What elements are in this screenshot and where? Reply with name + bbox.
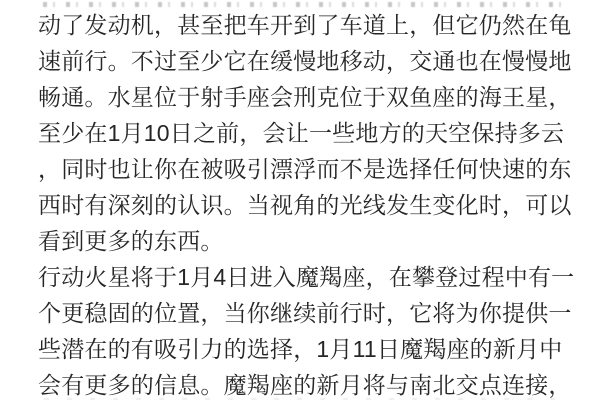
text-line: 看到更多的东西。 [38, 223, 586, 259]
article-text: 动了发动机，甚至把车开到了车道上，但它仍然在龟速前行。不过至少它在缓慢地移动，交… [38, 7, 586, 400]
text-line: ，同时也让你在被吸引漂浮而不是选择任何快速的东 [38, 151, 586, 187]
text-line: 动了发动机，甚至把车开到了车道上，但它仍然在龟 [38, 7, 586, 43]
text-line: 畅通。水星位于射手座会刑克位于双鱼座的海王星， [38, 79, 586, 115]
text-line: 个更稳固的位置，当你继续前行时，它将为你提供一 [38, 295, 586, 331]
text-line: 至少在1月10日之前，会让一些地方的天空保持多云 [38, 115, 586, 151]
text-line: 行动火星将于1月4日进入魔羯座，在攀登过程中有一 [38, 259, 586, 295]
text-line: 西时有深刻的认识。当视角的光线发生变化时，可以 [38, 187, 586, 223]
text-line: 速前行。不过至少它在缓慢地移动，交通也在慢慢地 [38, 43, 586, 79]
text-line: 些潜在的有吸引力的选择，1月11日魔羯座的新月中 [38, 331, 586, 367]
text-line: 会有更多的信息。魔羯座的新月将与南北交点连接， [38, 367, 586, 400]
article-page: 动了发动机，甚至把车开到了车道上，但它仍然在龟速前行。不过至少它在缓慢地移动，交… [0, 0, 600, 400]
